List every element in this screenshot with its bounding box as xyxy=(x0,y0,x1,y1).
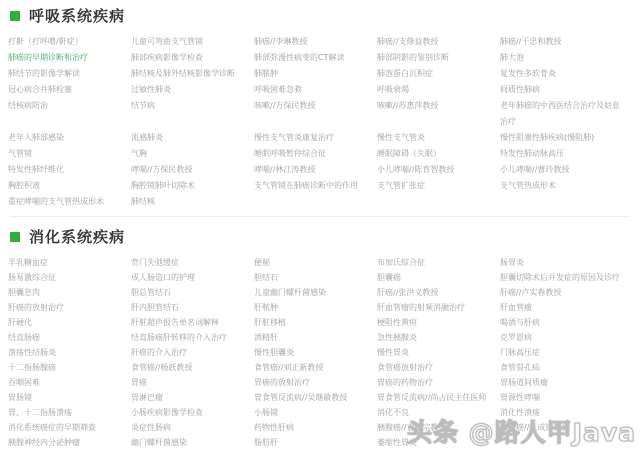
disease-link[interactable]: 喝酒与肝病 xyxy=(500,315,640,330)
disease-link[interactable]: 慢性阻塞性肺疾病(慢阻肺) xyxy=(500,130,640,146)
disease-link[interactable]: 小肠疾病影像学检查 xyxy=(131,405,254,420)
disease-link[interactable]: 肺泡蛋白沉积症 xyxy=(377,66,500,82)
disease-link[interactable]: 肺结核及肺外结核影像学诊断 xyxy=(131,66,254,82)
disease-link[interactable]: 食管癌//杨跃教授 xyxy=(131,360,254,375)
disease-link[interactable]: 流感肺炎 xyxy=(131,130,254,146)
disease-link[interactable]: 半乳糖血症 xyxy=(8,255,131,270)
disease-link[interactable]: 呼吸困难急救 xyxy=(254,82,377,98)
disease-link[interactable]: 支气管扩张症 xyxy=(377,178,500,194)
disease-link[interactable]: 老年肺癌的中西医结合治疗及姑息治疗 xyxy=(500,98,640,130)
section-title: 消化系统疾病 xyxy=(29,228,125,246)
green-square-bullet-icon xyxy=(10,232,20,242)
disease-link[interactable]: 儿童可弯曲支气管镜 xyxy=(131,34,254,50)
disease-link[interactable]: 食管裂孔疝 xyxy=(500,360,640,375)
disease-link[interactable]: 支气管热成形术 xyxy=(500,178,640,194)
disease-link[interactable]: 肺癌//支修益教授 xyxy=(377,34,500,50)
disease-link[interactable]: 便秘 xyxy=(254,255,377,270)
disease-link[interactable]: 肝癌//张洪义教授 xyxy=(377,285,500,300)
disease-link[interactable]: 肺部弥漫性病变的CT解读 xyxy=(254,50,377,66)
disease-link[interactable]: 溃疡性结肠炎 xyxy=(8,345,131,360)
disease-link[interactable]: 胃淋巴瘤 xyxy=(131,390,254,405)
disease-link[interactable]: 老年人肺部感染 xyxy=(8,130,131,146)
disease-link[interactable]: 复发性多软骨炎 xyxy=(500,66,640,82)
disease-link[interactable]: 胰腺神经内分泌肿瘤 xyxy=(8,435,131,450)
disease-link[interactable]: 胆囊息肉 xyxy=(8,285,131,300)
disease-link[interactable]: 幽门螺杆菌感染 xyxy=(131,435,254,450)
green-square-bullet-icon xyxy=(10,11,20,21)
disease-link[interactable]: 结直肠癌 xyxy=(8,330,131,345)
disease-link[interactable]: 气管镜 xyxy=(8,146,131,162)
disease-link[interactable]: 胆囊切除术后并发症的原因及诊疗 xyxy=(500,270,640,285)
disease-link[interactable]: 肝脏移植 xyxy=(254,315,377,330)
disease-link[interactable]: 过敏性肺炎 xyxy=(131,82,254,98)
section-respiratory-diseases: 呼吸系统疾病 打鼾（打呼噜/鼾症）儿童可弯曲支气管镜肺癌//李琳教授肺癌//支修… xyxy=(0,0,640,210)
disease-link[interactable]: 胃肠道间质瘤 xyxy=(500,375,640,390)
disease-link[interactable]: 慢性胃炎 xyxy=(377,345,500,360)
disease-link[interactable]: 肝癌的放射治疗 xyxy=(8,300,131,315)
disease-link[interactable]: 急性胰腺炎 xyxy=(377,330,500,345)
disease-link[interactable]: 呼吸衰竭 xyxy=(377,82,500,98)
disease-link[interactable]: 门脉高压症 xyxy=(500,345,640,360)
disease-link[interactable]: 炎症性肠病 xyxy=(131,420,254,435)
disease-link[interactable]: 哮喘//林江涛教授 xyxy=(254,162,377,178)
disease-link[interactable]: 十二指肠腺癌 xyxy=(8,360,131,375)
disease-link[interactable]: 胸腔镜肺叶切除术 xyxy=(131,178,254,194)
watermark: 头条 @路人甲Java xyxy=(407,413,636,449)
disease-link[interactable]: 肝癌//卢实春教授 xyxy=(500,285,640,300)
disease-link[interactable]: 胃癌的放射治疗 xyxy=(254,375,377,390)
disease-link[interactable]: 脂肪肝 xyxy=(254,435,377,450)
disease-link[interactable]: 吞咽困难 xyxy=(8,375,131,390)
disease-link[interactable]: 儿童幽门螺杆菌感染 xyxy=(254,285,377,300)
disease-link[interactable]: 特发性肺动脉高压 xyxy=(500,146,640,162)
section-header: 消化系统疾病 xyxy=(0,221,640,251)
disease-link[interactable]: 慢性胆囊炎 xyxy=(254,345,377,360)
disease-link[interactable]: 肝脓肿 xyxy=(254,300,377,315)
disease-link[interactable]: 成人肠造口的护理 xyxy=(131,270,254,285)
disease-link[interactable]: 咳嗽//方保民教授 xyxy=(254,98,377,130)
disease-link[interactable]: 胆结石 xyxy=(254,270,377,285)
disease-link[interactable]: 肝癌的介入治疗 xyxy=(131,345,254,360)
disease-link[interactable]: 胃、十二指肠溃疡 xyxy=(8,405,131,420)
disease-link[interactable]: 肺结核 xyxy=(131,194,254,210)
disease-link[interactable]: 结核病防治 xyxy=(8,98,131,130)
disease-link[interactable]: 重症哮喘的支气管热成形术 xyxy=(8,194,131,210)
disease-link[interactable]: 肺癌//于忠和教授 xyxy=(500,34,640,50)
disease-link[interactable]: 结节病 xyxy=(131,98,254,130)
disease-directory-page: 呼吸系统疾病 打鼾（打呼噜/鼾症）儿童可弯曲支气管镜肺癌//李琳教授肺癌//支修… xyxy=(0,0,640,451)
disease-link[interactable]: 食管癌//刘正新教授 xyxy=(254,360,377,375)
disease-link[interactable]: 小儿哮喘//陈育智教授 xyxy=(377,162,500,178)
disease-link[interactable]: 结直肠癌肝转移的介入治疗 xyxy=(131,330,254,345)
disease-link[interactable]: 梗阻性黄疸 xyxy=(377,315,500,330)
disease-link[interactable]: 酒精肝 xyxy=(254,330,377,345)
disease-link[interactable]: 胆囊癌 xyxy=(377,270,500,285)
disease-link[interactable]: 支气管镜在肺癌诊断中的作用 xyxy=(254,178,377,194)
disease-link[interactable]: 肝硬化 xyxy=(8,315,131,330)
disease-link[interactable]: 肺部阴影的鉴别诊断 xyxy=(377,50,500,66)
disease-link[interactable]: 肺癌//李琳教授 xyxy=(254,34,377,50)
disease-link[interactable]: 胃源性哮喘 xyxy=(500,390,640,405)
disease-link[interactable]: 间质性肺病 xyxy=(500,82,640,98)
disease-link[interactable]: 肠易激综合征 xyxy=(8,270,131,285)
disease-link[interactable]: 气胸 xyxy=(131,146,254,162)
disease-link[interactable]: 胃癌的药物治疗 xyxy=(377,375,500,390)
disease-link[interactable]: 肝内胆管结石 xyxy=(131,300,254,315)
disease-link[interactable]: 慢性支气管炎康复治疗 xyxy=(254,130,377,146)
section-title: 呼吸系统疾病 xyxy=(29,7,125,25)
disease-link[interactable]: 肺脓肿 xyxy=(254,66,377,82)
disease-link[interactable]: 慢性支气管炎 xyxy=(377,130,500,146)
disease-link[interactable]: 哮喘//方保民教授 xyxy=(131,162,254,178)
disease-link[interactable]: 胃癌 xyxy=(131,375,254,390)
disease-link[interactable]: 克罗恩病 xyxy=(500,330,640,345)
disease-link[interactable]: 睡眠呼吸暂停综合征 xyxy=(254,146,377,162)
disease-link[interactable]: 食管癌放射治疗 xyxy=(377,360,500,375)
disease-link[interactable]: 肠胃炎 xyxy=(500,255,640,270)
disease-link[interactable]: 胃食管反流病//吴继敏教授 xyxy=(254,390,377,405)
disease-link[interactable]: 贲门失弛缓症 xyxy=(131,255,254,270)
disease-link[interactable]: 肺大泡 xyxy=(500,50,640,66)
disease-link[interactable]: 药物性肝病 xyxy=(254,420,377,435)
disease-link[interactable]: 肝血管瘤的射频消融治疗 xyxy=(377,300,500,315)
disease-link[interactable]: 肝血管瘤 xyxy=(500,300,640,315)
disease-link[interactable]: 咳嗽//苏惠萍教授 xyxy=(377,98,500,130)
disease-link[interactable]: 胃肠镜 xyxy=(8,390,131,405)
disease-link[interactable]: 胸腔积液 xyxy=(8,178,131,194)
section-divider xyxy=(10,216,630,217)
disease-link[interactable]: 睡眠障碍（失眠） xyxy=(377,146,500,162)
disease-link[interactable]: 胆总管结石 xyxy=(131,285,254,300)
section-header: 呼吸系统疾病 xyxy=(0,0,640,30)
disease-link[interactable]: 特发性肺纤维化 xyxy=(8,162,131,178)
disease-link[interactable]: 打鼾（打呼噜/鼾症） xyxy=(8,34,131,50)
disease-link[interactable]: 冠心病合并肺栓塞 xyxy=(8,82,131,98)
disease-link[interactable]: 胃食管反流病//尚占民主任医师 xyxy=(377,390,500,405)
disease-link[interactable]: 小肠镜 xyxy=(254,405,377,420)
disease-link[interactable]: 布加氏综合征 xyxy=(377,255,500,270)
disease-link-grid: 打鼾（打呼噜/鼾症）儿童可弯曲支气管镜肺癌//李琳教授肺癌//支修益教授肺癌//… xyxy=(0,34,640,210)
disease-link[interactable]: 肺结节的影像学解读 xyxy=(8,66,131,82)
disease-link[interactable]: 肺癌的早期诊断和治疗 xyxy=(8,50,131,66)
disease-link[interactable]: 肝脏超声报告单名词解释 xyxy=(131,315,254,330)
disease-link[interactable]: 肺部疾病影像学检查 xyxy=(131,50,254,66)
disease-link[interactable]: 小儿哮喘//曹玲教授 xyxy=(500,162,640,178)
disease-link[interactable]: 消化系统癌症的早期筛查 xyxy=(8,420,131,435)
